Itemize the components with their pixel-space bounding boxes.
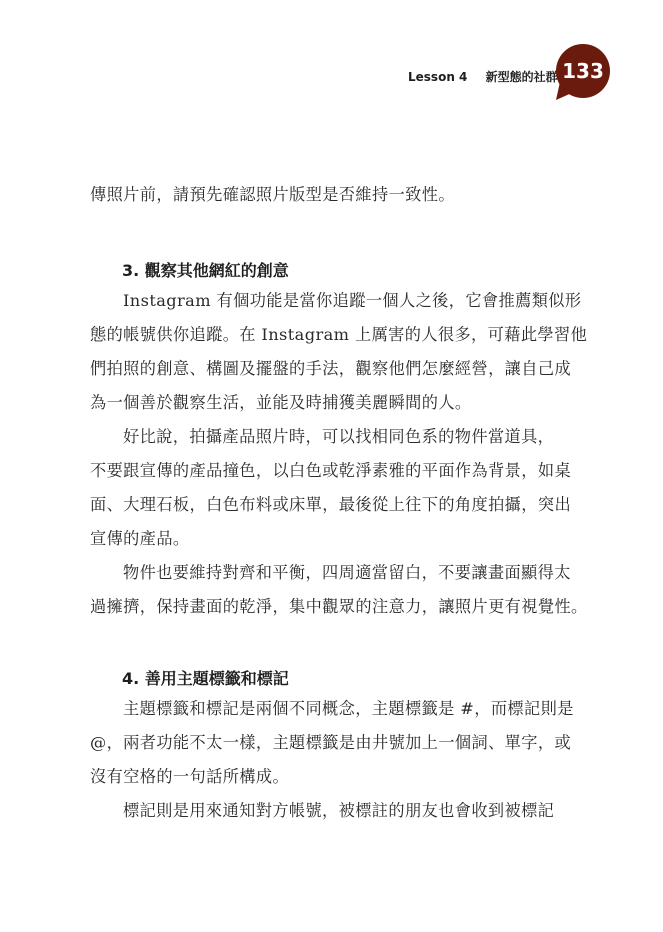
text-line: 沒有空格的一句話所構成。 <box>90 760 576 794</box>
text-line: 不要跟宣傳的產品撞色，以白色或乾淨素雅的平面作為背景，如桌 <box>90 454 576 488</box>
text-line: 主題標籤和標記是兩個不同概念，主題標籤是 #，而標記則是 <box>90 692 576 726</box>
section-3-paragraph-1: Instagram 有個功能是當你追蹤一個人之後，它會推薦類似形 態的帳號供你追… <box>90 284 576 420</box>
section-4-heading: 4. 善用主題標籤和標記 <box>122 666 289 689</box>
text-line: @，兩者功能不太一樣，主題標籤是由井號加上一個詞、單字，或 <box>90 726 576 760</box>
running-header: Lesson 4 新型態的社群 <box>408 68 558 85</box>
text-line: 面、大理石板，白色布料或床單，最後從上往下的角度拍攝，突出 <box>90 488 576 522</box>
page-number-badge: 133 <box>556 44 610 98</box>
section-3-paragraph-2: 好比說，拍攝產品照片時，可以找相同色系的物件當道具， 不要跟宣傳的產品撞色，以白… <box>90 420 576 556</box>
chapter-title: 新型態的社群 <box>486 70 558 84</box>
lesson-label: Lesson 4 <box>408 70 467 84</box>
text-line: 標記則是用來通知對方帳號，被標註的朋友也會收到被標記 <box>90 794 576 828</box>
section-4-paragraph-2: 標記則是用來通知對方帳號，被標註的朋友也會收到被標記 <box>90 794 576 828</box>
text-line: 為一個善於觀察生活，並能及時捕獲美麗瞬間的人。 <box>90 386 576 420</box>
intro-paragraph: 傳照片前，請預先確認照片版型是否維持一致性。 <box>90 178 576 212</box>
section-4-paragraph-1: 主題標籤和標記是兩個不同概念，主題標籤是 #，而標記則是 @，兩者功能不太一樣，… <box>90 692 576 794</box>
page-number: 133 <box>556 44 610 98</box>
text-line: 好比說，拍攝產品照片時，可以找相同色系的物件當道具， <box>90 420 576 454</box>
section-3-heading: 3. 觀察其他網紅的創意 <box>122 258 289 281</box>
text-line: 物件也要維持對齊和平衡，四周適當留白，不要讓畫面顯得太 <box>90 556 576 590</box>
text-line: 宣傳的產品。 <box>90 522 576 556</box>
section-3-paragraph-3: 物件也要維持對齊和平衡，四周適當留白，不要讓畫面顯得太 過擁擠，保持畫面的乾淨，… <box>90 556 576 624</box>
text-line: 過擁擠，保持畫面的乾淨，集中觀眾的注意力，讓照片更有視覺性。 <box>90 590 576 624</box>
text-line: 傳照片前，請預先確認照片版型是否維持一致性。 <box>90 178 576 212</box>
text-line: Instagram 有個功能是當你追蹤一個人之後，它會推薦類似形 <box>90 284 576 318</box>
text-line: 們拍照的創意、構圖及擺盤的手法，觀察他們怎麼經營，讓自己成 <box>90 352 576 386</box>
text-line: 態的帳號供你追蹤。在 Instagram 上厲害的人很多，可藉此學習他 <box>90 318 576 352</box>
